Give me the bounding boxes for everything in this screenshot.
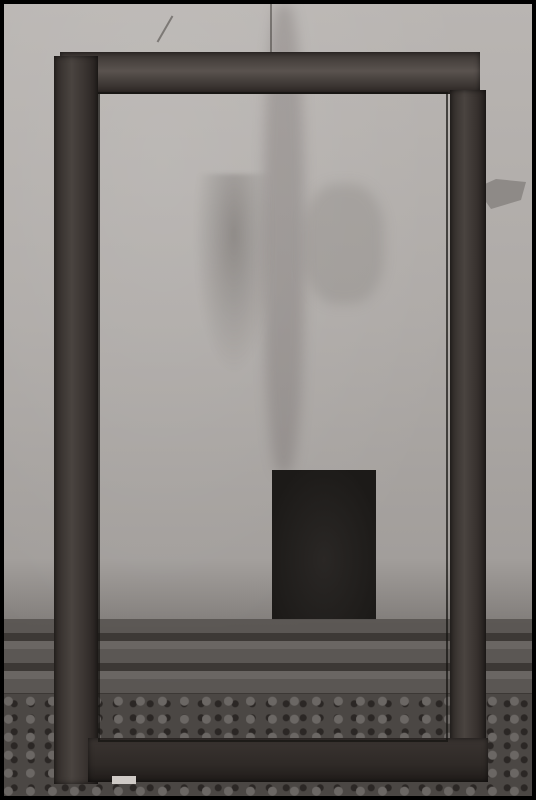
frame-bottom-rail bbox=[88, 738, 488, 782]
photograph: Empty wooden frame propped against a sta… bbox=[4, 4, 532, 796]
paper-scrap bbox=[112, 776, 136, 784]
frame-right-stile bbox=[450, 90, 486, 780]
wooden-frame bbox=[54, 52, 494, 790]
frame-left-stile bbox=[54, 56, 98, 784]
frame-inner-edge bbox=[98, 92, 448, 742]
frame-top-rail bbox=[60, 52, 480, 94]
wall-crack bbox=[157, 16, 174, 43]
